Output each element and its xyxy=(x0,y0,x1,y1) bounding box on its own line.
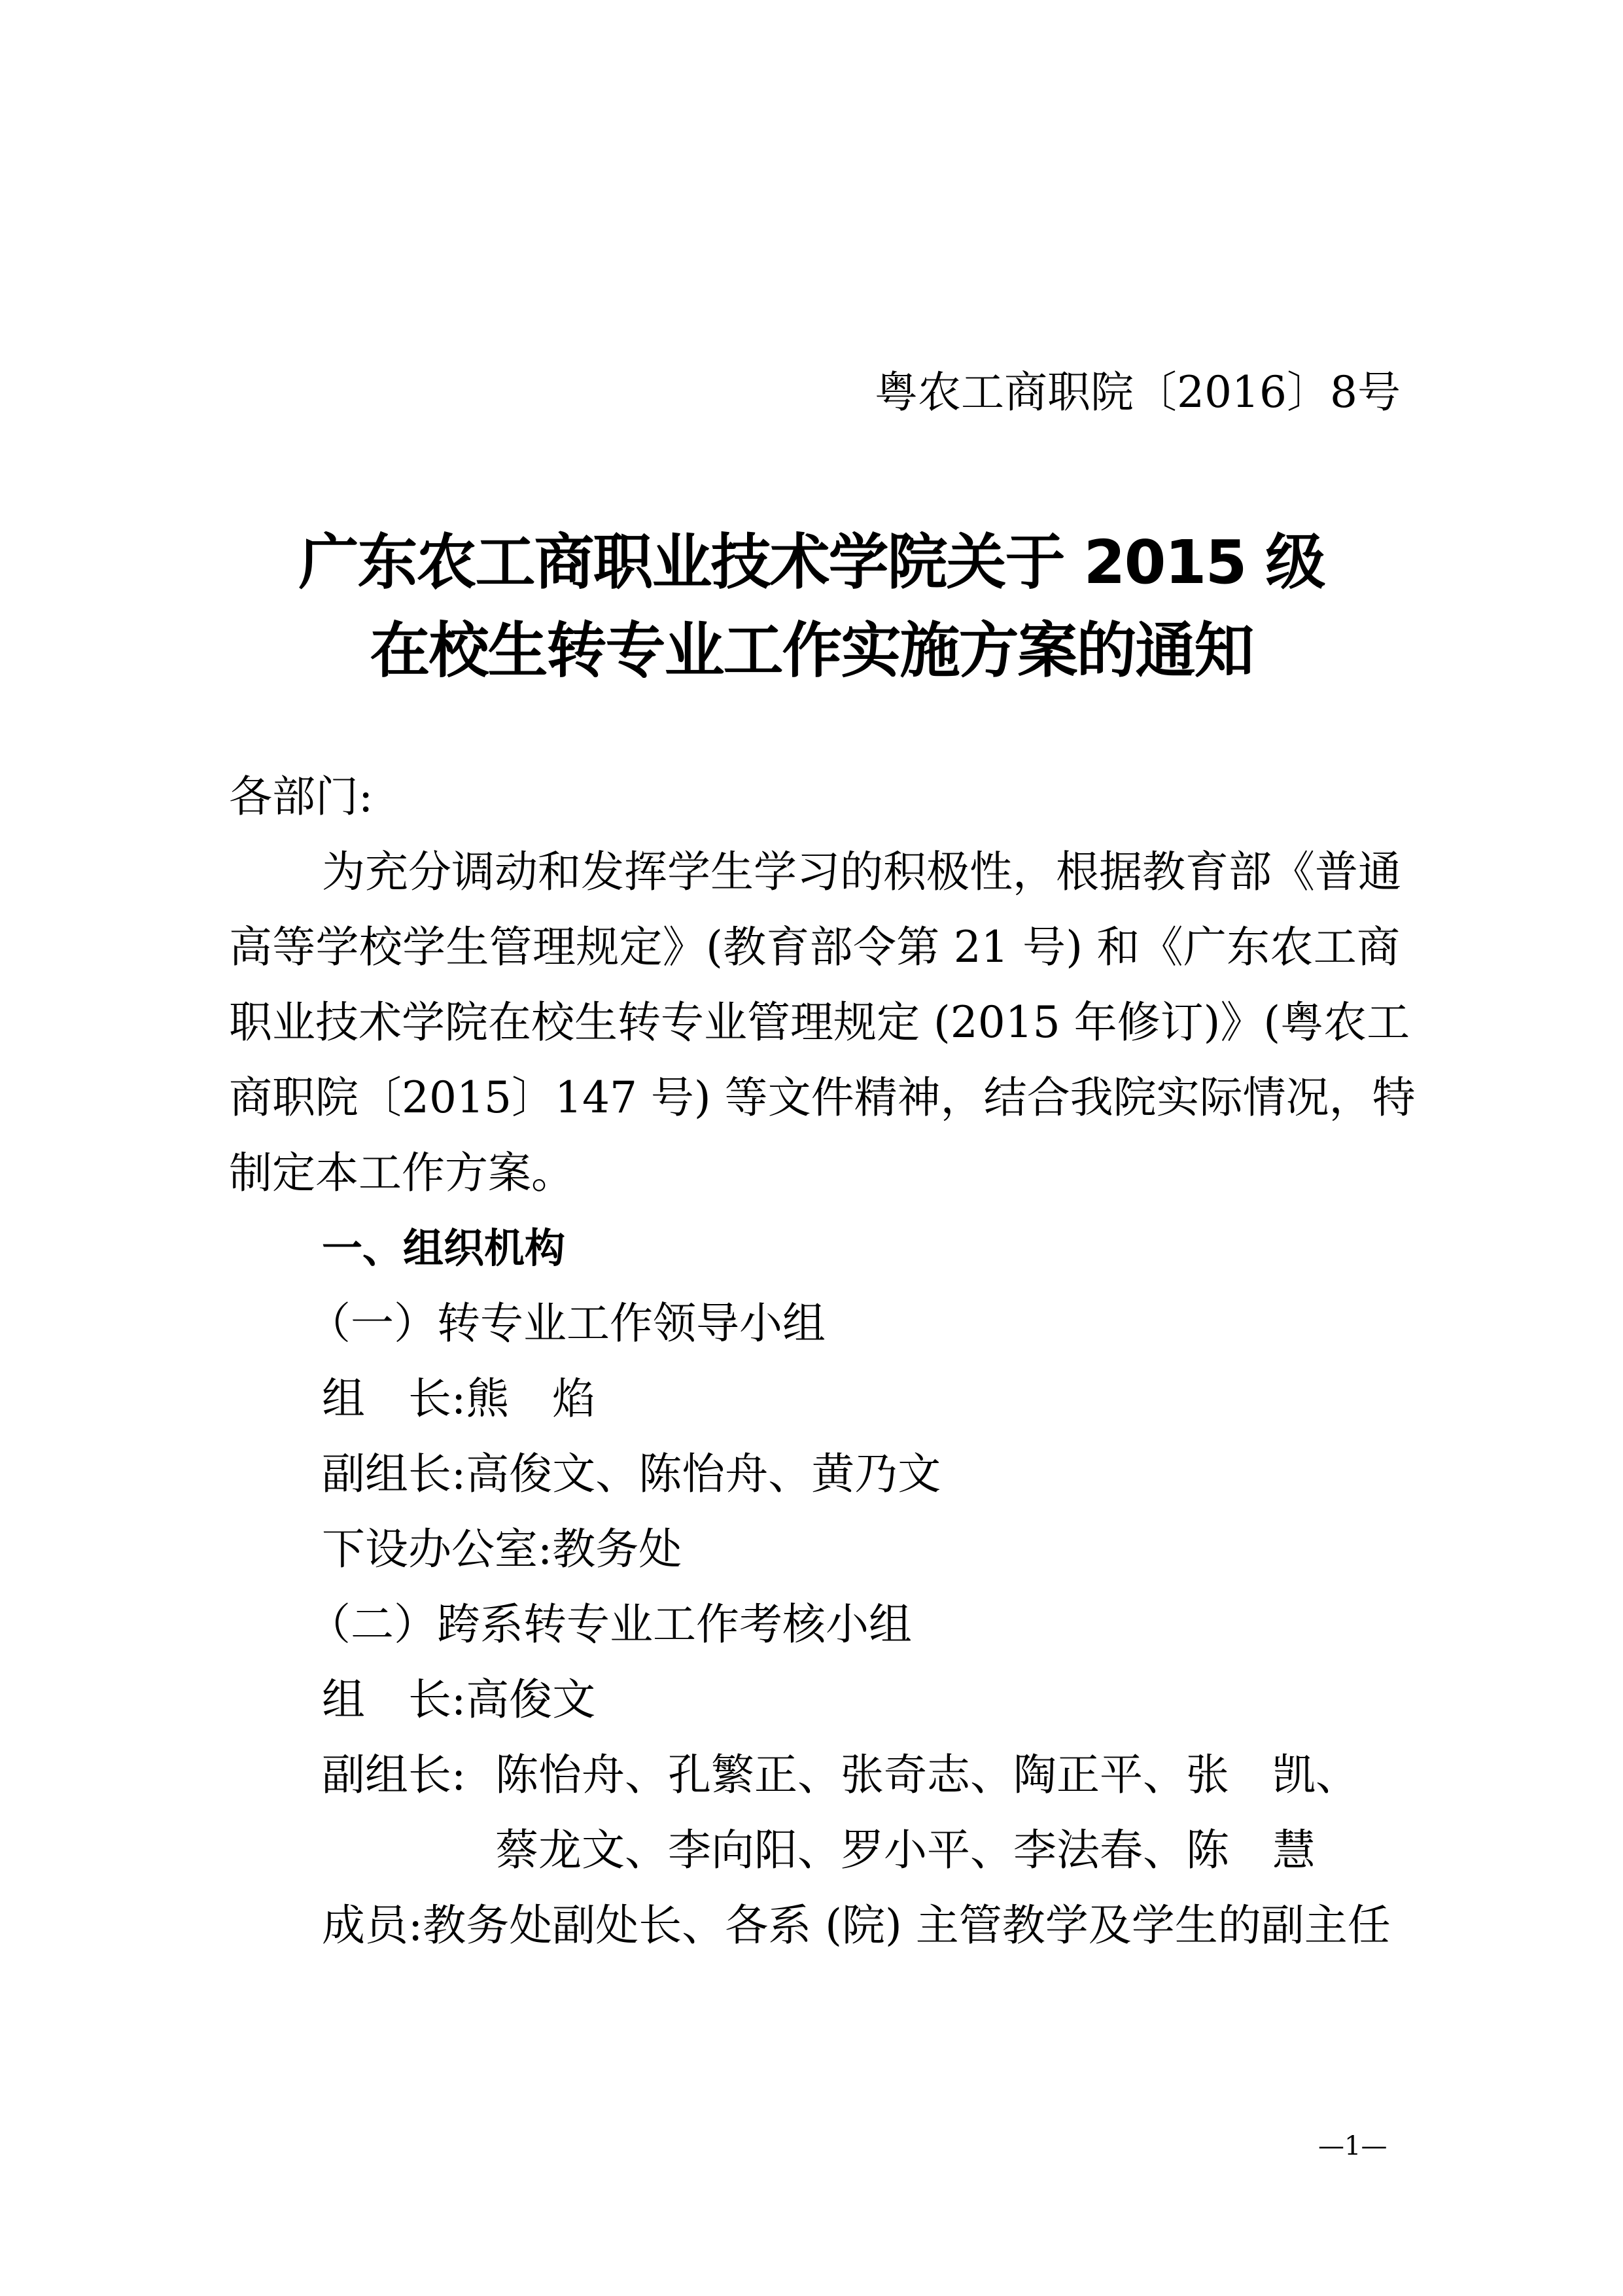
entry-members: 成员:教务处副处长、各系 (院) 主管教学及学生的副主任 xyxy=(322,1899,1391,1952)
entry-office: 下设办公室:教务处 xyxy=(322,1523,682,1576)
subsection-heading: （二）跨系转专业工作考核小组 xyxy=(307,1598,912,1651)
entry-value: 熊 焰 xyxy=(466,1373,595,1424)
document-number: 粤农工商职院〔2016〕8号 xyxy=(875,366,1401,419)
entry-value: 高俊文 xyxy=(466,1674,595,1725)
intro-paragraph-line: 为充分调动和发挥学生学习的积极性，根据教育部《普通 xyxy=(322,846,1400,898)
entry-deputy-leaders-continuation: 蔡龙文、李向阳、罗小平、李法春、陈 慧 xyxy=(495,1824,1316,1877)
document-page: 粤农工商职院〔2016〕8号 广东农工商职业技术学院关于 2015 级 在校生转… xyxy=(0,0,1623,2296)
page-number: —1— xyxy=(1318,2127,1387,2166)
entry-label: 副组长: xyxy=(322,1448,466,1500)
entry-leader: 组 长:熊 焰 xyxy=(322,1373,595,1425)
entry-value: 教务处 xyxy=(552,1524,682,1574)
entry-value: 教务处副处长、各系 (院) 主管教学及学生的副主任 xyxy=(423,1900,1390,1951)
entry-value: 陈怡舟、孔繁正、张奇志、陶正平、张 凯、 xyxy=(495,1750,1359,1800)
entry-leader: 组 长:高俊文 xyxy=(322,1674,595,1726)
document-title-line-2: 在校生转专业工作实施方案的通知 xyxy=(0,612,1623,690)
subsection-heading: （一）转专业工作领导小组 xyxy=(307,1298,826,1350)
entry-deputy-leaders: 副组长:高俊文、陈怡舟、黄乃文 xyxy=(322,1448,941,1500)
section-heading: 一、组织机构 xyxy=(322,1222,565,1275)
entry-value: 高俊文、陈怡舟、黄乃文 xyxy=(466,1449,941,1499)
entry-label: 组 长: xyxy=(322,1674,466,1726)
entry-label: 下设办公室: xyxy=(322,1523,552,1576)
salutation: 各部门: xyxy=(229,771,373,823)
intro-paragraph-line: 商职院〔2015〕147 号) 等文件精神，结合我院实际情况，特 xyxy=(229,1072,1400,1124)
entry-label: 副组长: xyxy=(322,1749,495,1801)
entry-deputy-leaders: 副组长:陈怡舟、孔繁正、张奇志、陶正平、张 凯、 xyxy=(322,1749,1359,1801)
intro-paragraph-line: 职业技术学院在校生转专业管理规定 (2015 年修订)》(粤农工 xyxy=(229,997,1400,1049)
document-title-line-1: 广东农工商职业技术学院关于 2015 级 xyxy=(0,523,1623,602)
entry-label: 成员: xyxy=(322,1899,423,1952)
intro-paragraph-line: 制定本工作方案。 xyxy=(229,1147,1400,1199)
intro-paragraph-line: 高等学校学生管理规定》(教育部令第 21 号) 和《广东农工商 xyxy=(229,921,1400,974)
entry-label: 组 长: xyxy=(322,1373,466,1425)
